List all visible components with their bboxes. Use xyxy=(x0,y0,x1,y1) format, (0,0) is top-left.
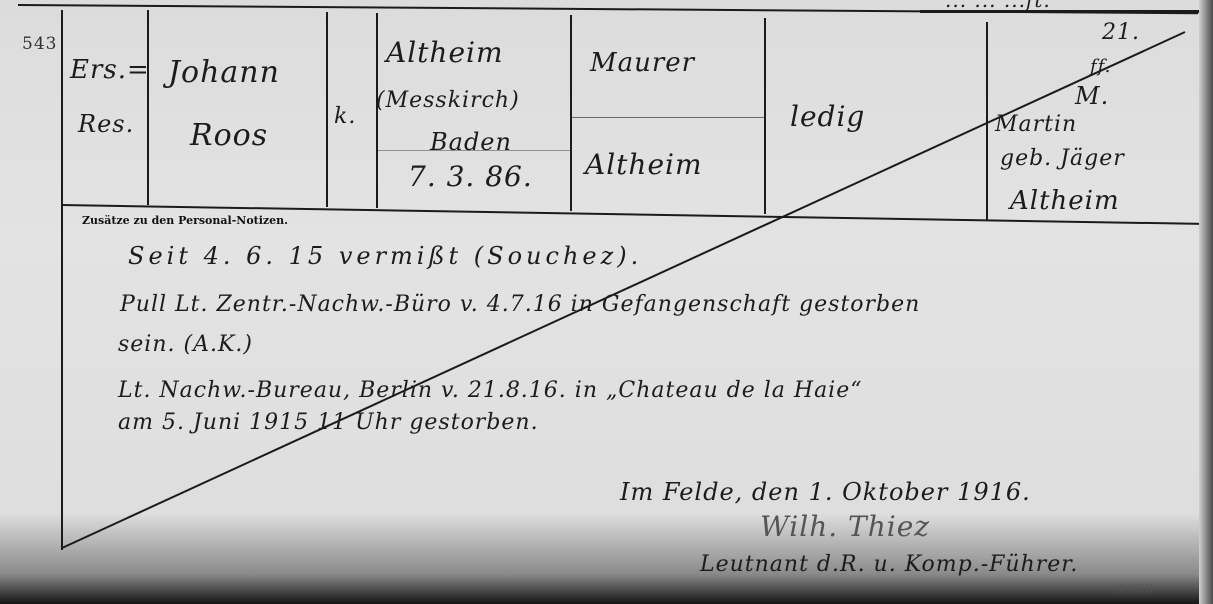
birthplace-line-3: Baden xyxy=(430,128,512,156)
parents-line-2: ff. xyxy=(1090,56,1111,77)
parents-line-4: Martin xyxy=(995,112,1077,137)
birthplace-line-1: Altheim xyxy=(386,36,504,69)
parents-line-3: M. xyxy=(1075,82,1109,110)
note-line-3: sein. (A.K.) xyxy=(118,332,253,357)
parents-line-6: Altheim xyxy=(1010,186,1120,216)
birth-date: 7. 3. 86. xyxy=(408,160,533,193)
stamp-fragment: s0088 xyxy=(1112,582,1154,596)
note-line-4: Lt. Nachw.-Bureau, Berlin v. 21.8.16. in… xyxy=(118,378,862,403)
name-last: Roos xyxy=(190,118,268,153)
notes-header: Zusätze zu den Personal-Notizen. xyxy=(82,214,288,227)
marital-status: ledig xyxy=(790,100,865,133)
note-line-1: Seit 4. 6. 15 vermißt (Souchez). xyxy=(128,242,642,270)
signature-title: Leutnant d.R. u. Komp.-Führer. xyxy=(700,552,1078,577)
birthplace-line-2: (Messkirch) xyxy=(376,88,520,113)
name-first: Johann xyxy=(168,55,280,90)
residence: Altheim xyxy=(585,148,703,181)
note-line-5: am 5. Juni 1915 11 Uhr gestorben. xyxy=(118,410,539,435)
religion: k. xyxy=(334,104,356,129)
parents-line-1: 21. xyxy=(1102,20,1140,45)
signature: Wilh. Thiez xyxy=(760,510,930,543)
row-number: 543 xyxy=(22,34,57,54)
rank-line-1: Ers.= xyxy=(70,55,150,85)
document-page: ... ... ...ft. 543 Ers.= Res. Johann Roo… xyxy=(0,0,1213,604)
closing-place-date: Im Felde, den 1. Oktober 1916. xyxy=(620,478,1031,506)
parents-line-5: geb. Jäger xyxy=(1000,146,1125,171)
rank-line-2: Res. xyxy=(78,110,134,138)
page-right-edge-shadow xyxy=(1199,0,1213,604)
note-line-2: Pull Lt. Zentr.-Nachw.-Büro v. 4.7.16 in… xyxy=(120,292,920,317)
occupation: Maurer xyxy=(590,48,695,78)
